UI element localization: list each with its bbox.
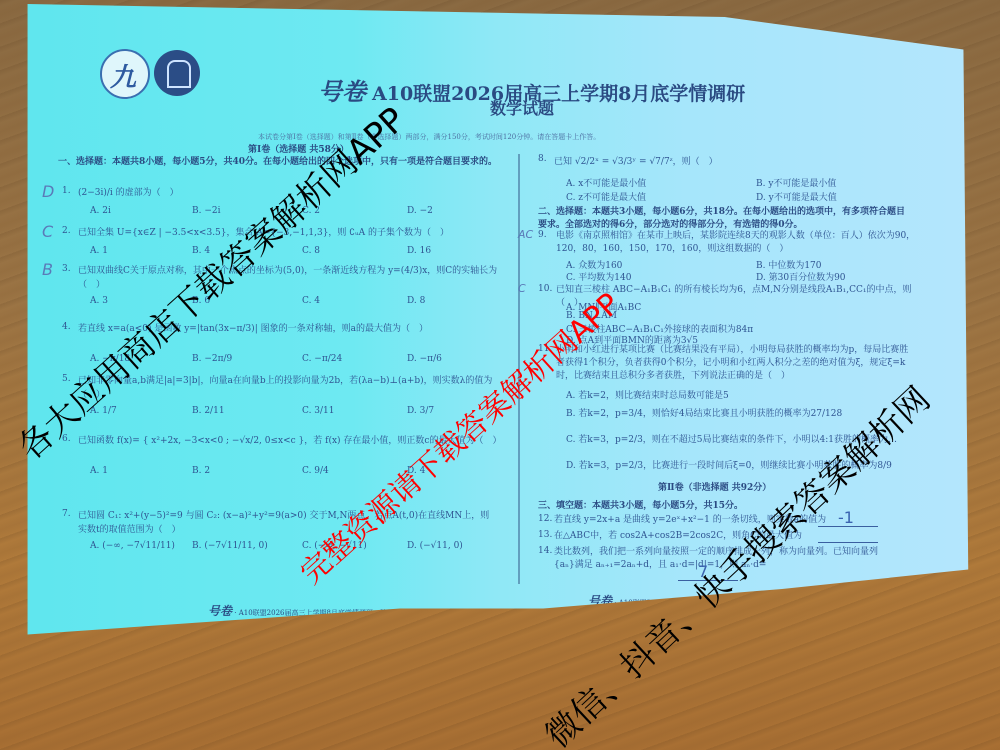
left-page-footer: 号卷 · A10联盟2026届高三上学期8月底学情调研 · 数学试题 第1页 共… (208, 602, 449, 619)
question-number: 13. (538, 530, 552, 540)
footer-text: A10联盟2026届高三上学期8月底学情调研 · 数学试题 第1页 共4页 (239, 609, 449, 617)
answer-option: A. 3 (90, 296, 108, 306)
question-number: 1. (62, 186, 71, 196)
answer-option: D. 8 (407, 296, 425, 306)
question-stem: 已知圆 C₁: x²+(y−5)²=9 与圆 C₂: (x−a)²+y²=9(a… (78, 509, 498, 537)
footer-brand: 号卷 (208, 604, 232, 618)
question-number: 12. (538, 514, 552, 524)
answer-option: C. 8 (302, 246, 320, 256)
question-stem: 已知双曲线C关于原点对称，其中一个焦点的坐标为(5,0)，一条渐近线方程为 y=… (78, 264, 498, 292)
answer-option: D. y不可能是最大值 (756, 190, 837, 203)
answer-option: A. 2i (90, 206, 111, 216)
answer-option: B. −2i (192, 206, 220, 216)
handwritten-answer-mark: B (42, 260, 53, 279)
question-number: 3. (62, 264, 71, 274)
school-logo-icon: 九 (100, 49, 150, 99)
part-two-title: 第Ⅱ卷（非选择题 共92分） (658, 480, 771, 493)
handwritten-answer-mark: D (42, 182, 54, 201)
answer-option: C. −π/24 (302, 354, 342, 364)
answer-option: B. 若k=2，p=3/4，则恰好4局结束比赛且小明获胜的概率为27/128 (566, 406, 842, 419)
answer-option: A. 1 (90, 246, 108, 256)
answer-option: D. 第30百分位数为90 (756, 270, 846, 283)
question-number: 9. (538, 230, 547, 240)
answer-option: C. z不可能是最大值 (566, 190, 646, 203)
answer-option: A. x不可能是最小值 (566, 176, 646, 189)
brand-mark: 号卷 (318, 77, 366, 106)
answer-option: D. 3/7 (407, 406, 434, 416)
question-number: 2. (62, 226, 71, 236)
answer-option: C. 4 (302, 296, 320, 306)
question-number: 4. (62, 322, 71, 332)
school-emblem-icon (154, 50, 200, 96)
answer-option: A. 1 (90, 466, 108, 476)
question-stem: 已知 √2/2ˣ = √3/3ʸ = √7/7ᶻ，则（ ） (554, 154, 718, 167)
section-one-heading: 一、选择题：本题共8小题，每小题5分，共40分。在每小题给出的四个选项中，只有一… (58, 156, 498, 169)
question-number: 8. (538, 154, 547, 164)
handwritten-answer-mark: C (518, 282, 526, 295)
answer-option: A. 若k=2，则比赛结束时总局数可能是5 (566, 388, 729, 401)
question-stem: 小明和小红进行某项比赛（比赛结果没有平局），小明每局获胜的概率均为p，每局比赛胜… (556, 344, 916, 383)
answer-option: D. −2 (407, 206, 433, 216)
answer-option: C. 3/11 (302, 406, 335, 416)
answer-option: C. 9/4 (302, 466, 329, 476)
exam-subtitle: 数学试题 (490, 96, 554, 119)
answer-option: D. (−√11, 0) (407, 541, 463, 551)
title-text: A10联盟2026届高三上学期8月底学情调研 (372, 83, 745, 105)
question-number: 14. (538, 546, 552, 556)
handwritten-answer: -1 (838, 508, 854, 527)
answer-option: B. 2/11 (192, 406, 225, 416)
question-number: 10. (538, 284, 552, 294)
exam-notice: 本试卷分第Ⅰ卷（选择题）和第Ⅱ卷（非选择题）两部分，满分150分，考试时间120… (258, 132, 600, 142)
answer-option: D. −π/6 (407, 354, 442, 364)
footer-brand: 号卷 (588, 594, 612, 608)
section-three-heading: 三、填空题：本题共3小题，每小题5分，共15分。 (538, 498, 743, 511)
answer-option: A. (−∞, −7√11/11) (90, 541, 175, 551)
answer-option: D. 16 (407, 246, 431, 256)
answer-option: B. y不可能是最小值 (756, 176, 836, 189)
section-two-heading: 二、选择题：本题共3小题，每小题6分，共18分。在每小题给出的选项中，有多项符合… (538, 206, 908, 232)
handwritten-answer-mark: AC (518, 228, 533, 241)
answer-blank (818, 530, 878, 543)
answer-option: B. (−7√11/11, 0) (192, 541, 268, 551)
question-stem: 电影《南京照相馆》在某市上映后，某影院连续8天的观影人数（单位：百人）依次为90… (556, 230, 916, 256)
handwritten-answer-mark: C (42, 222, 53, 241)
question-number: 7. (62, 509, 71, 519)
question-stem: 已知非零向量a,b满足|a|=3|b|，向量a在向量b上的投影向量为2b，若(λ… (78, 374, 498, 402)
answer-option: B. −2π/9 (192, 354, 232, 364)
answer-option: B. 2 (192, 466, 210, 476)
